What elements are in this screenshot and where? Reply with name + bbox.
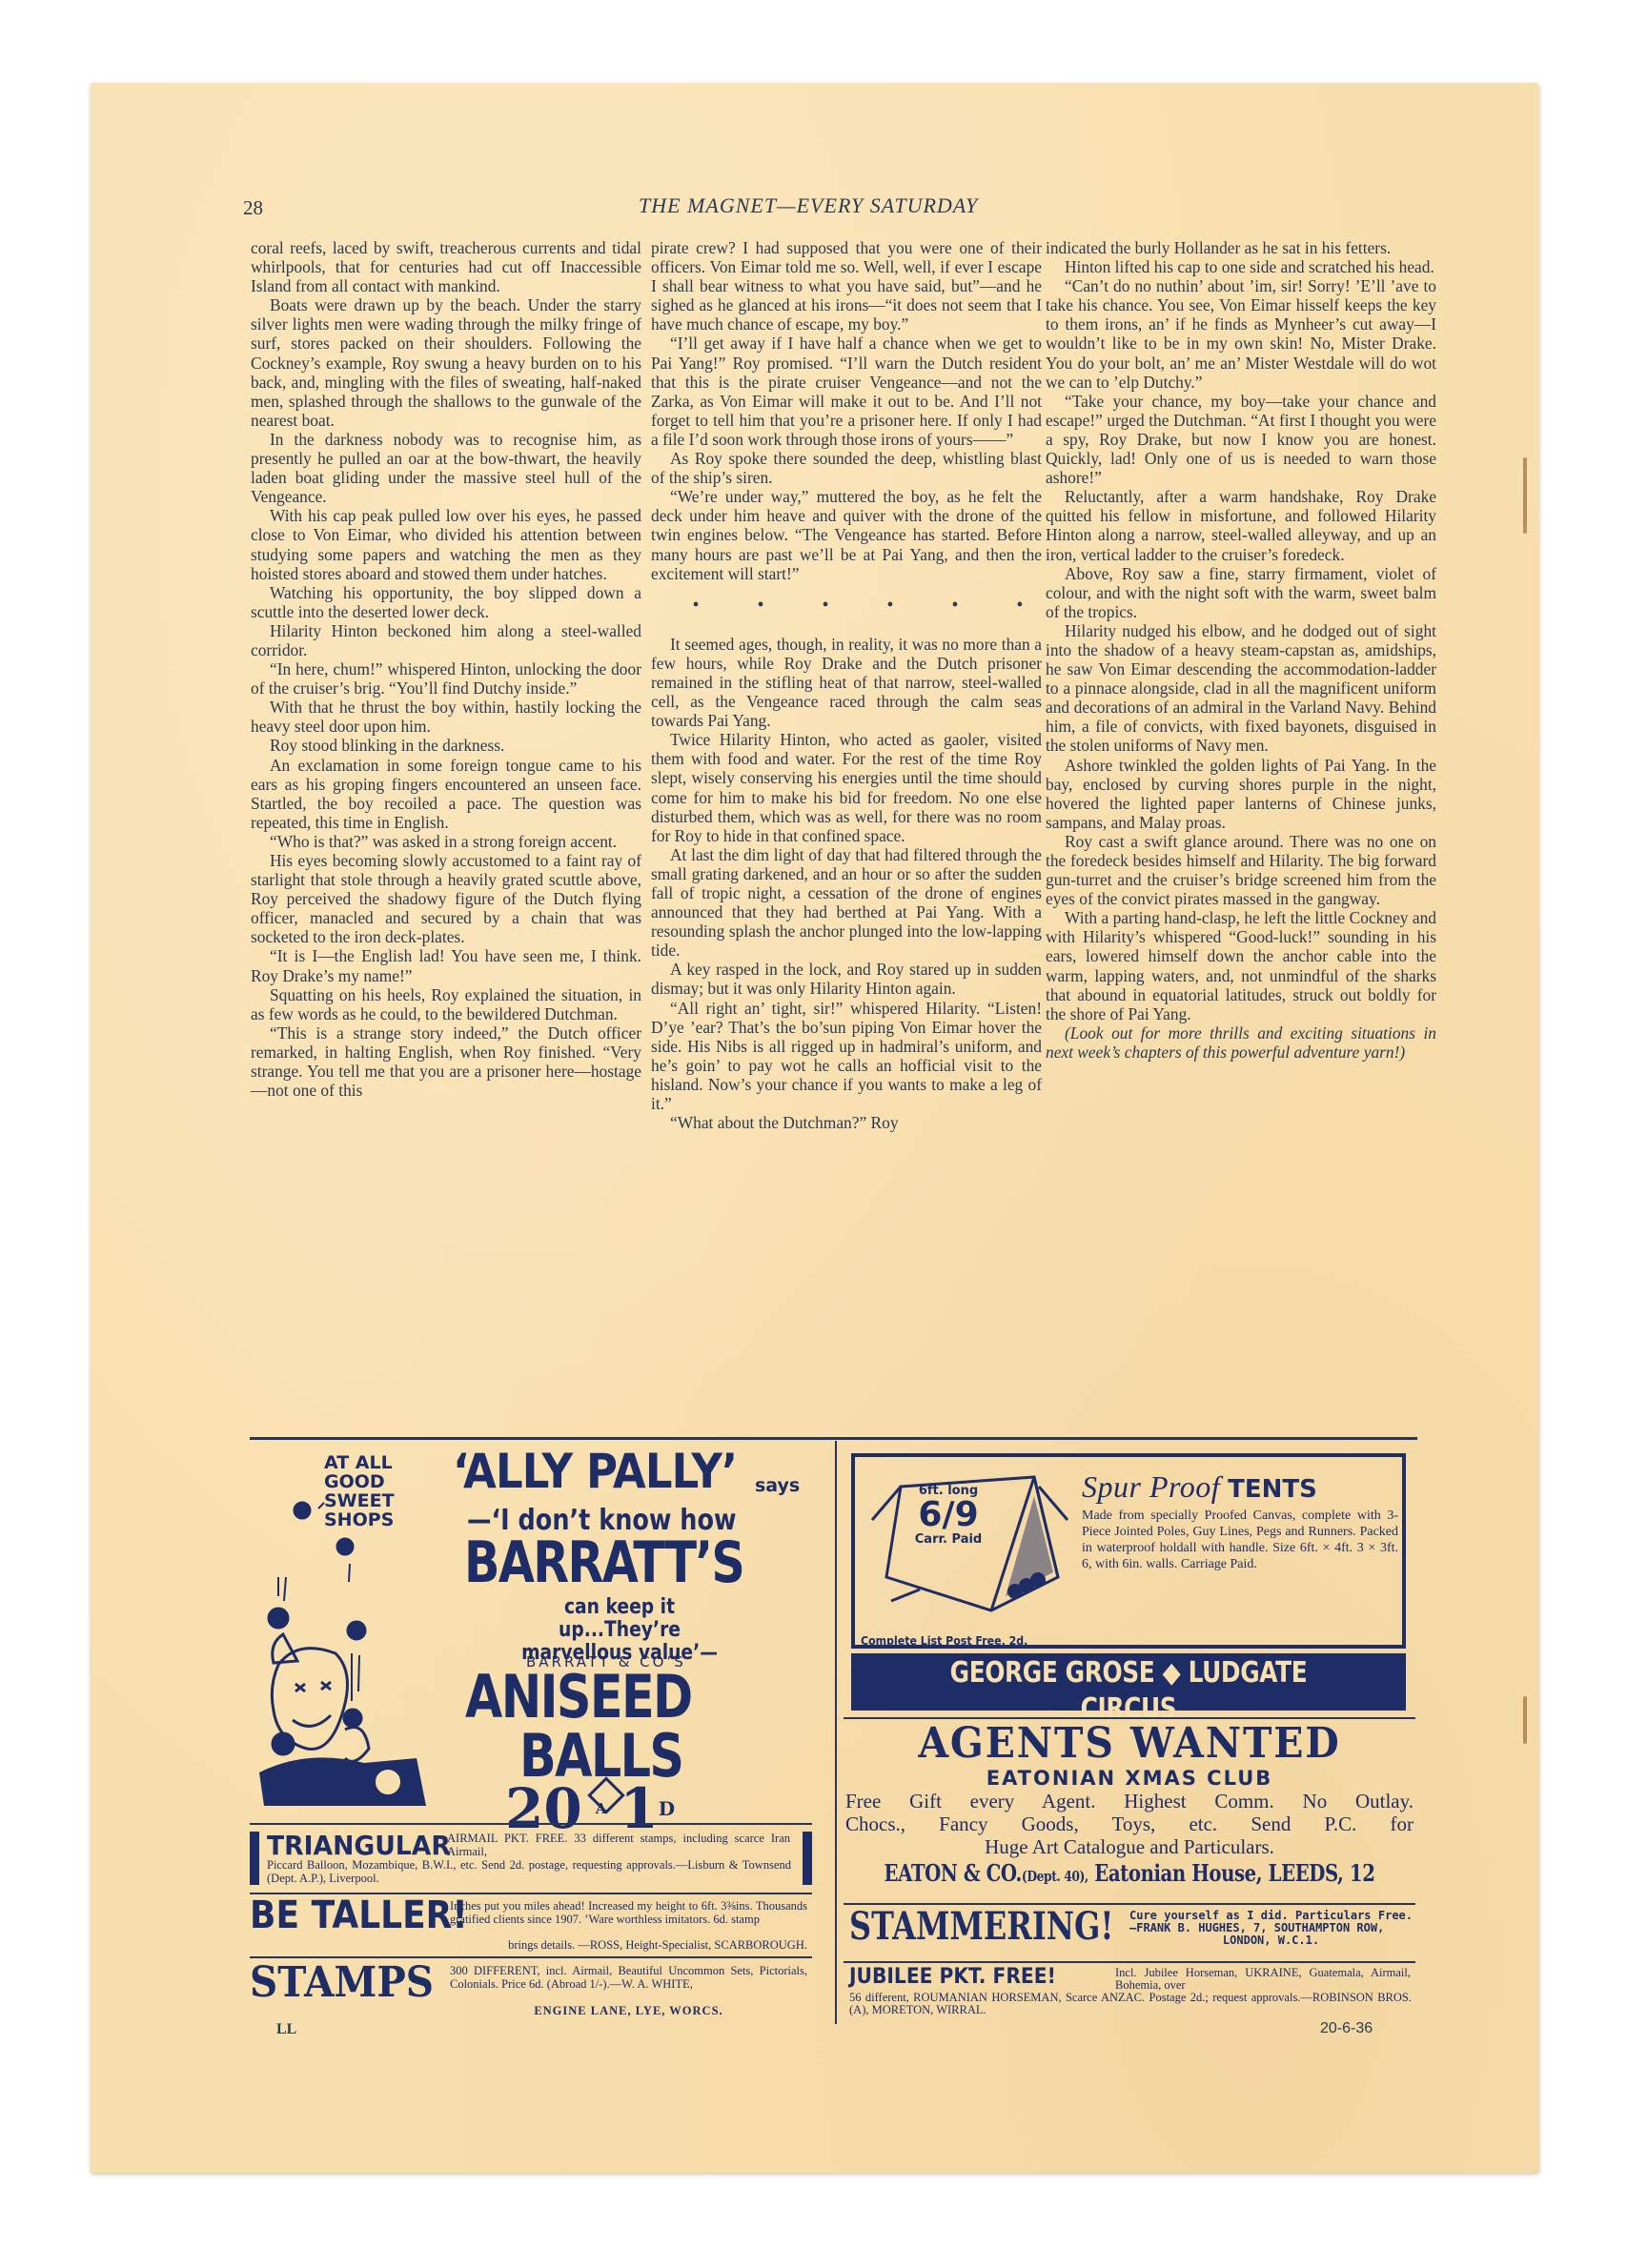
jubilee-packet-ad: JUBILEE PKT. FREE! Incl. Jubilee Horsema…: [844, 1965, 1415, 2022]
section-break: ••••••: [651, 583, 1042, 635]
story-paragraph: Squatting on his heels, Roy explained th…: [251, 985, 641, 1023]
story-column-2: pirate crew? I had supposed that you wer…: [651, 238, 1042, 1132]
story-column-3: indicated the burly Hollander as he sat …: [1046, 238, 1436, 1062]
be-taller-ad: BE TALLER! Inches put you miles ahead! I…: [250, 1896, 812, 1954]
story-paragraph: “Can’t do no nuthin’ about ’im, sir! Sor…: [1046, 276, 1436, 392]
story-paragraph: As Roy spoke there sounded the deep, whi…: [651, 449, 1042, 487]
story-paragraph: With his cap peak pulled low over his ey…: [251, 506, 641, 582]
company-dept: (Dept. 40),: [1022, 1868, 1088, 1885]
price-unit: D: [659, 1797, 675, 1820]
ad-says: says: [755, 1475, 800, 1496]
story-paragraph: An exclamation in some foreign tongue ca…: [251, 756, 641, 832]
page-number: 28: [243, 196, 263, 220]
story-paragraph: With a parting hand-clasp, he left the l…: [1046, 908, 1436, 1023]
company-name: EATON & CO.: [884, 1859, 1021, 1887]
printer-signature-mark: LL: [276, 2021, 296, 2038]
tent-list-offer: Complete List Post Free, 2d.: [861, 1633, 1027, 1648]
story-paragraph: coral reefs, laced by swift, treacherous…: [251, 238, 641, 295]
ad-subhead: EATONIAN XMAS CLUB: [844, 1767, 1415, 1790]
story-paragraph: It seemed ages, though, in reality, it w…: [651, 635, 1042, 730]
story-paragraph: At last the dim light of day that had fi…: [651, 845, 1042, 961]
stammering-ad: STAMMERING! Cure yourself as I did. Part…: [844, 1906, 1415, 1961]
story-paragraph: Above, Roy saw a fine, starry firmament,…: [1046, 564, 1436, 621]
binding-stain: [1523, 457, 1527, 534]
story-paragraph: “It is I—the English lad! You have seen …: [251, 946, 641, 984]
ad-headline: AGENTS WANTED: [864, 1721, 1395, 1767]
story-ads-divider: [250, 1437, 1417, 1440]
george-grose-banner: GEORGE GROSE ◆ LUDGATE CIRCUS NEW BRIDGE…: [851, 1653, 1406, 1711]
story-paragraph: “What about the Dutchman?” Roy: [651, 1113, 1042, 1132]
ad-product-line-1: ANISEED: [465, 1667, 692, 1728]
ad-text-continued: brings details. —ROSS, Height-Specialist…: [283, 1938, 807, 1952]
story-paragraph: Hilarity Hinton beckoned him along a ste…: [251, 621, 641, 659]
story-paragraph: “In here, chum!” whispered Hinton, unloc…: [251, 659, 641, 698]
tent-title: Spur ProofTENTS: [1082, 1469, 1317, 1505]
story-paragraph: “All right an’ tight, sir!” whispered Hi…: [651, 999, 1042, 1114]
ad-divider: [250, 1823, 812, 1825]
ad-bar: [250, 1832, 259, 1885]
company-address: Eatonian House, LEEDS, 12: [1094, 1859, 1374, 1887]
running-head: THE MAGNET—EVERY SATURDAY: [639, 193, 978, 218]
ad-text: Cure yourself as I did. Particulars Free…: [1129, 1910, 1413, 1947]
ad-body: Free Gift every Agent. Highest Comm. No …: [844, 1790, 1415, 1858]
ad-line: Free Gift every Agent. Highest Comm. No …: [845, 1790, 1413, 1812]
tent-price-label: 6ft. long 6/9 Carr. Paid: [886, 1484, 1010, 1547]
ad-headline: BE TALLER!: [250, 1894, 468, 1936]
stamps-ad: STAMPS 300 DIFFERENT, incl. Airmail, Bea…: [250, 1961, 812, 2022]
story-paragraph: “We’re under way,” muttered the boy, as …: [651, 487, 1042, 582]
tent-price: 6/9: [886, 1498, 1010, 1532]
story-paragraph: Boats were drawn up by the beach. Under …: [251, 295, 641, 430]
story-paragraph: Hinton lifted his cap to one side and sc…: [1046, 257, 1436, 276]
ad-headline: JUBILEE PKT. FREE!: [849, 1965, 1056, 1989]
ad-line: Chocs., Fancy Goods, Toys, etc. Send P.C…: [845, 1812, 1413, 1835]
story-paragraph: A key rasped in the lock, and Roy stared…: [651, 960, 1042, 998]
tent-title-bold: TENTS: [1228, 1475, 1317, 1504]
story-paragraph: Hilarity nudged his elbow, and he dodged…: [1046, 621, 1436, 756]
ad-text: Inches put you miles ahead! Increased my…: [450, 1900, 807, 1926]
ad-text: AIRMAIL PKT. FREE. 33 different stamps, …: [447, 1832, 790, 1858]
ad-text-address: LONDON, W.C.1.: [1129, 1934, 1413, 1947]
story-paragraph: pirate crew? I had supposed that you wer…: [651, 238, 1042, 334]
ads-column-divider: [835, 1441, 837, 2024]
story-paragraph: Ashore twinkled the golden lights of Pai…: [1046, 756, 1436, 832]
ad-text: Incl. Jubilee Horseman, UKRAINE, Guatema…: [1115, 1967, 1411, 1992]
ad-text-continued: ENGINE LANE, LYE, WORCS.: [450, 2004, 807, 2018]
story-paragraph: His eyes becoming slowly accustomed to a…: [251, 851, 641, 946]
ad-headline: STAMPS: [250, 1959, 434, 2007]
ad-text: 300 DIFFERENT, incl. Airmail, Beautiful …: [450, 1965, 807, 1991]
ad-brand: BARRATT’S: [464, 1534, 743, 1591]
tent-description: Made from specially Proofed Canvas, comp…: [1082, 1508, 1398, 1572]
binding-stain: [1523, 1696, 1527, 1744]
ad-headline: TRIANGULAR: [267, 1830, 451, 1861]
ad-footer: EATON & CO.(Dept. 40), Eatonian House, L…: [856, 1858, 1403, 1892]
story-paragraph: “Take your chance, my boy—take your chan…: [1046, 392, 1436, 487]
story-paragraph: Watching his opportunity, the boy slippe…: [251, 583, 641, 621]
ad-text-continued: 56 different, ROUMANIAN HORSEMAN, Scarce…: [849, 1992, 1412, 2016]
story-paragraph: With that he thrust the boy within, hast…: [251, 698, 641, 736]
story-paragraph: “This is a strange story indeed,” the Du…: [251, 1023, 641, 1100]
ad-text-main: Cure yourself as I did. Particulars Free…: [1129, 1909, 1413, 1934]
ad-character-name: ‘ALLY PALLY’: [453, 1444, 737, 1499]
story-paragraph: Reluctantly, after a warm handshake, Roy…: [1046, 487, 1436, 563]
story-paragraph: In the darkness nobody was to recognise …: [251, 430, 641, 506]
story-paragraph: Roy stood blinking in the darkness.: [251, 736, 641, 755]
story-paragraph: indicated the burly Hollander as he sat …: [1046, 238, 1436, 257]
tent-carriage: Carr. Paid: [886, 1532, 1010, 1547]
story-column-1: coral reefs, laced by swift, treacherous…: [251, 238, 641, 1100]
story-paragraph: (Look out for more thrills and exciting …: [1046, 1023, 1436, 1062]
story-paragraph: “I’ll get away if I have half a chance w…: [651, 334, 1042, 449]
issue-date: 20-6-36: [1320, 2020, 1373, 2037]
ad-text-continued: Piccard Balloon, Mozambique, B.W.I., etc…: [267, 1858, 791, 1885]
tent-title-script: Spur Proof: [1082, 1469, 1220, 1504]
ad-divider: [844, 1961, 1415, 1963]
ad-tagline: AT ALL GOOD SWEET SHOPS: [324, 1453, 458, 1529]
triangular-stamps-ad: TRIANGULAR AIRMAIL PKT. FREE. 33 differe…: [250, 1828, 812, 1887]
story-paragraph: Roy cast a swift glance around. There wa…: [1046, 832, 1436, 908]
ad-bar: [803, 1832, 812, 1885]
ad-line: Huge Art Catalogue and Particulars.: [845, 1835, 1413, 1858]
story-paragraph: Twice Hilarity Hinton, who acted as gaol…: [651, 730, 1042, 845]
barratt-aniseed-balls-ad: AT ALL GOOD SWEET SHOPS ‘ALLY PALLY’ say…: [250, 1444, 822, 1806]
agents-wanted-ad: AGENTS WANTED EATONIAN XMAS CLUB Free Gi…: [844, 1721, 1415, 1892]
story-paragraph: “Who is that?” was asked in a strong for…: [251, 832, 641, 851]
ad-headline: STAMMERING!: [849, 1902, 1113, 1952]
